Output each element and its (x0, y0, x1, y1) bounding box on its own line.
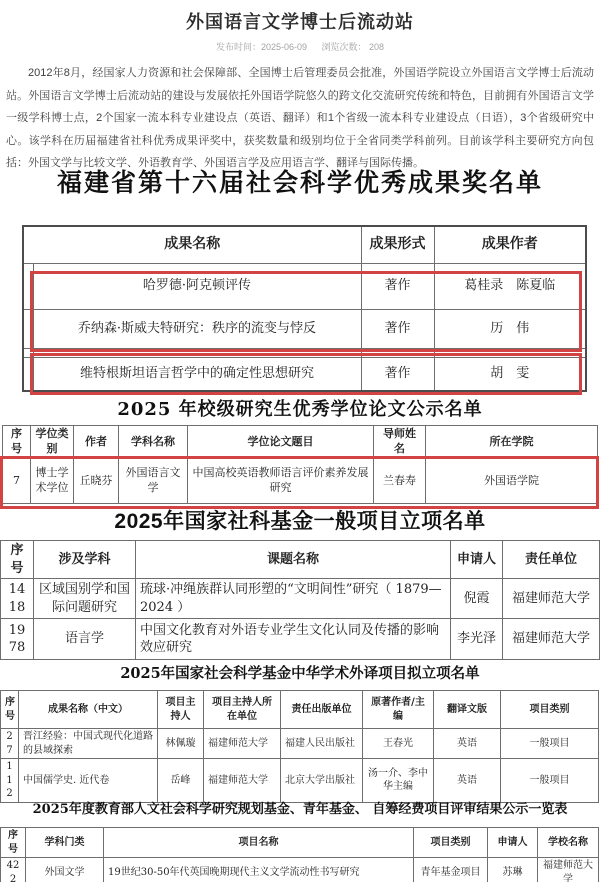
discipline: 语言学 (34, 619, 136, 660)
row-no: 1418 (1, 579, 34, 619)
moe-section-title: 2025年度教育部人文社会科学研究规划基金、青年基金、 自筹经费项目评审结果公示… (0, 798, 600, 817)
award-table: 成果名称 成果形式 成果作者 哈罗德·阿克顿评传 著作 葛桂录 陈夏临 乔纳森·… (22, 225, 587, 392)
col-header-original-author: 原著作者/主编 (363, 691, 434, 729)
result-authors: 历 伟 (434, 309, 586, 348)
applicant: 苏琳 (488, 858, 538, 882)
degree-type: 博士学术学位 (31, 459, 74, 504)
project-name: 19世纪30-50年代英国晚期现代主义文学流动性书写研究 (104, 858, 414, 882)
result-authors: 葛桂录 陈夏临 (434, 263, 586, 309)
school: 福建师范大学 (538, 858, 599, 882)
author: 丘晓芬 (74, 459, 119, 504)
category: 一般项目 (501, 759, 599, 803)
col-header-discipline: 学科名称 (119, 426, 188, 459)
col-header-category: 项目类别 (414, 828, 488, 858)
spacer-row (23, 348, 586, 357)
result-name: 哈罗德·阿克顿评传 (33, 263, 361, 309)
table-row: 乔纳森·斯威夫特研究：秩序的流变与悖反 著作 历 伟 (23, 309, 586, 348)
col-header-publisher: 责任出版单位 (281, 691, 363, 729)
stub-cell (23, 263, 33, 309)
stub-cell (23, 309, 33, 348)
col-header-project: 项目名称 (104, 828, 414, 858)
leader-unit: 福建师范大学 (204, 729, 281, 759)
translation-header-row: 序号 成果名称（中文） 项目主持人 项目主持人所在单位 责任出版单位 原著作者/… (1, 691, 599, 729)
col-header-project: 课题名称 (136, 541, 451, 579)
intro-paragraph: 2012年8月，经国家人力资源和社会保障部、全国博士后管理委员会批准，外国语学院… (6, 62, 594, 175)
table-row: 7 博士学术学位 丘晓芬 外国语言文学 中国高校英语教师语言评价素养发展研究 兰… (3, 459, 598, 504)
result-name: 维特根斯坦语言哲学中的确定性思想研究 (33, 357, 361, 391)
result-authors: 胡 雯 (434, 357, 586, 391)
moe-table-section: 序号 学科门类 项目名称 项目类别 申请人 学校名称 422 外国文学 19世纪… (0, 827, 598, 882)
category: 一般项目 (501, 729, 599, 759)
award-header-row: 成果名称 成果形式 成果作者 (23, 226, 586, 263)
thesis-title-cell: 中国高校英语教师语言评价素养发展研究 (188, 459, 374, 504)
table-row: 1418 区域国别学和国际问题研究 琉球·冲绳族群认同形塑的“文明间性”研究（ … (1, 579, 600, 619)
table-row: 27 晋江经验：中国式现代化道路的县域探索 林佩璇 福建师范大学 福建人民出版社… (1, 729, 599, 759)
thesis-table-section: 序号 学位类别 作者 学科名称 学位论文题目 导师姓名 所在学院 7 博士学术学… (2, 425, 597, 504)
publish-time: 发布时间：2025-06-09 (216, 42, 307, 52)
row-no: 7 (3, 459, 31, 504)
moe-table: 序号 学科门类 项目名称 项目类别 申请人 学校名称 422 外国文学 19世纪… (0, 827, 599, 882)
language: 英语 (434, 729, 501, 759)
col-header-result-form: 成果形式 (361, 226, 434, 263)
col-header-result-name: 成果名称 (23, 226, 361, 263)
translation-table-section: 序号 成果名称（中文） 项目主持人 项目主持人所在单位 责任出版单位 原著作者/… (0, 690, 598, 803)
thesis-header-row: 序号 学位类别 作者 学科名称 学位论文题目 导师姓名 所在学院 (3, 426, 598, 459)
page-title: 外国语言文学博士后流动站 (0, 8, 600, 34)
thesis-table: 序号 学位类别 作者 学科名称 学位论文题目 导师姓名 所在学院 7 博士学术学… (2, 425, 598, 504)
col-header-applicant: 申请人 (488, 828, 538, 858)
publisher: 北京大学出版社 (281, 759, 363, 803)
nsf-table-section: 序号 涉及学科 课题名称 申请人 责任单位 1418 区域国别学和国际问题研究 … (0, 540, 599, 660)
col-header-applicant: 申请人 (451, 541, 503, 579)
col-header-no: 序号 (1, 691, 19, 729)
translation-section-title: 2025年国家社会科学基金中华学术外译项目拟立项名单 (0, 662, 600, 683)
category: 青年基金项目 (414, 858, 488, 882)
row-no: 1978 (1, 619, 34, 660)
col-header-no: 序号 (1, 828, 26, 858)
unit: 福建师范大学 (503, 579, 600, 619)
col-header-school: 学校名称 (538, 828, 599, 858)
college: 外国语学院 (426, 459, 598, 504)
original-author: 汤一介、李中华主编 (363, 759, 434, 803)
table-row: 112 中国儒学史. 近代卷 岳峰 福建师范大学 北京大学出版社 汤一介、李中华… (1, 759, 599, 803)
publish-meta: 发布时间：2025-06-09 浏览次数： 208 (0, 40, 600, 53)
nsf-table: 序号 涉及学科 课题名称 申请人 责任单位 1418 区域国别学和国际问题研究 … (0, 540, 600, 660)
language: 英语 (434, 759, 501, 803)
moe-header-row: 序号 学科门类 项目名称 项目类别 申请人 学校名称 (1, 828, 599, 858)
col-header-discipline: 学科门类 (26, 828, 104, 858)
nsf-section-title: 2025年国家社科基金一般项目立项名单 (0, 505, 600, 535)
unit: 福建师范大学 (503, 619, 600, 660)
work-title: 晋江经验：中国式现代化道路的县域探索 (19, 729, 158, 759)
applicant: 倪霞 (451, 579, 503, 619)
stub-cell (23, 357, 33, 391)
result-form: 著作 (361, 309, 434, 348)
discipline: 外国语言文学 (119, 459, 188, 504)
translation-table: 序号 成果名称（中文） 项目主持人 项目主持人所在单位 责任出版单位 原著作者/… (0, 690, 599, 803)
thesis-section-title: 2025 年校级研究生优秀学位论文公示名单 (0, 395, 600, 421)
col-header-author: 作者 (74, 426, 119, 459)
leader: 岳峰 (158, 759, 204, 803)
col-header-no: 序号 (1, 541, 34, 579)
col-header-language: 翻译文版 (434, 691, 501, 729)
table-row: 维特根斯坦语言哲学中的确定性思想研究 著作 胡 雯 (23, 357, 586, 391)
col-header-work: 成果名称（中文） (19, 691, 158, 729)
row-no: 27 (1, 729, 19, 759)
col-header-discipline: 涉及学科 (34, 541, 136, 579)
award-table-section: 成果名称 成果形式 成果作者 哈罗德·阿克顿评传 著作 葛桂录 陈夏临 乔纳森·… (22, 225, 585, 392)
table-row: 哈罗德·阿克顿评传 著作 葛桂录 陈夏临 (23, 263, 586, 309)
original-author: 王春光 (363, 729, 434, 759)
discipline: 外国文学 (26, 858, 104, 882)
applicant: 李光泽 (451, 619, 503, 660)
col-header-result-authors: 成果作者 (434, 226, 586, 263)
result-form: 著作 (361, 357, 434, 391)
col-header-leader-unit: 项目主持人所在单位 (204, 691, 281, 729)
col-header-thesis-title: 学位论文题目 (188, 426, 374, 459)
project-name: 中国文化教育对外语专业学生文化认同及传播的影响效应研究 (136, 619, 451, 660)
supervisor: 兰春寿 (374, 459, 426, 504)
publisher: 福建人民出版社 (281, 729, 363, 759)
row-no: 112 (1, 759, 19, 803)
work-title: 中国儒学史. 近代卷 (19, 759, 158, 803)
col-header-no: 序号 (3, 426, 31, 459)
table-row: 1978 语言学 中国文化教育对外语专业学生文化认同及传播的影响效应研究 李光泽… (1, 619, 600, 660)
col-header-supervisor: 导师姓名 (374, 426, 426, 459)
col-header-unit: 责任单位 (503, 541, 600, 579)
project-name: 琉球·冲绳族群认同形塑的“文明间性”研究（ 1879—2024 ） (136, 579, 451, 619)
col-header-category: 项目类别 (501, 691, 599, 729)
col-header-leader: 项目主持人 (158, 691, 204, 729)
article-page: { "page": { "title": "外国语言文学博士后流动站", "me… (0, 0, 600, 882)
row-no: 422 (1, 858, 26, 882)
col-header-degree-type: 学位类别 (31, 426, 74, 459)
award-section-title: 福建省第十六届社会科学优秀成果奖名单 (0, 163, 600, 199)
view-count: 浏览次数： 208 (322, 42, 385, 52)
result-form: 著作 (361, 263, 434, 309)
nsf-header-row: 序号 涉及学科 课题名称 申请人 责任单位 (1, 541, 600, 579)
leader-unit: 福建师范大学 (204, 759, 281, 803)
discipline: 区域国别学和国际问题研究 (34, 579, 136, 619)
leader: 林佩璇 (158, 729, 204, 759)
result-name: 乔纳森·斯威夫特研究：秩序的流变与悖反 (33, 309, 361, 348)
col-header-college: 所在学院 (426, 426, 598, 459)
table-row: 422 外国文学 19世纪30-50年代英国晚期现代主义文学流动性书写研究 青年… (1, 858, 599, 882)
